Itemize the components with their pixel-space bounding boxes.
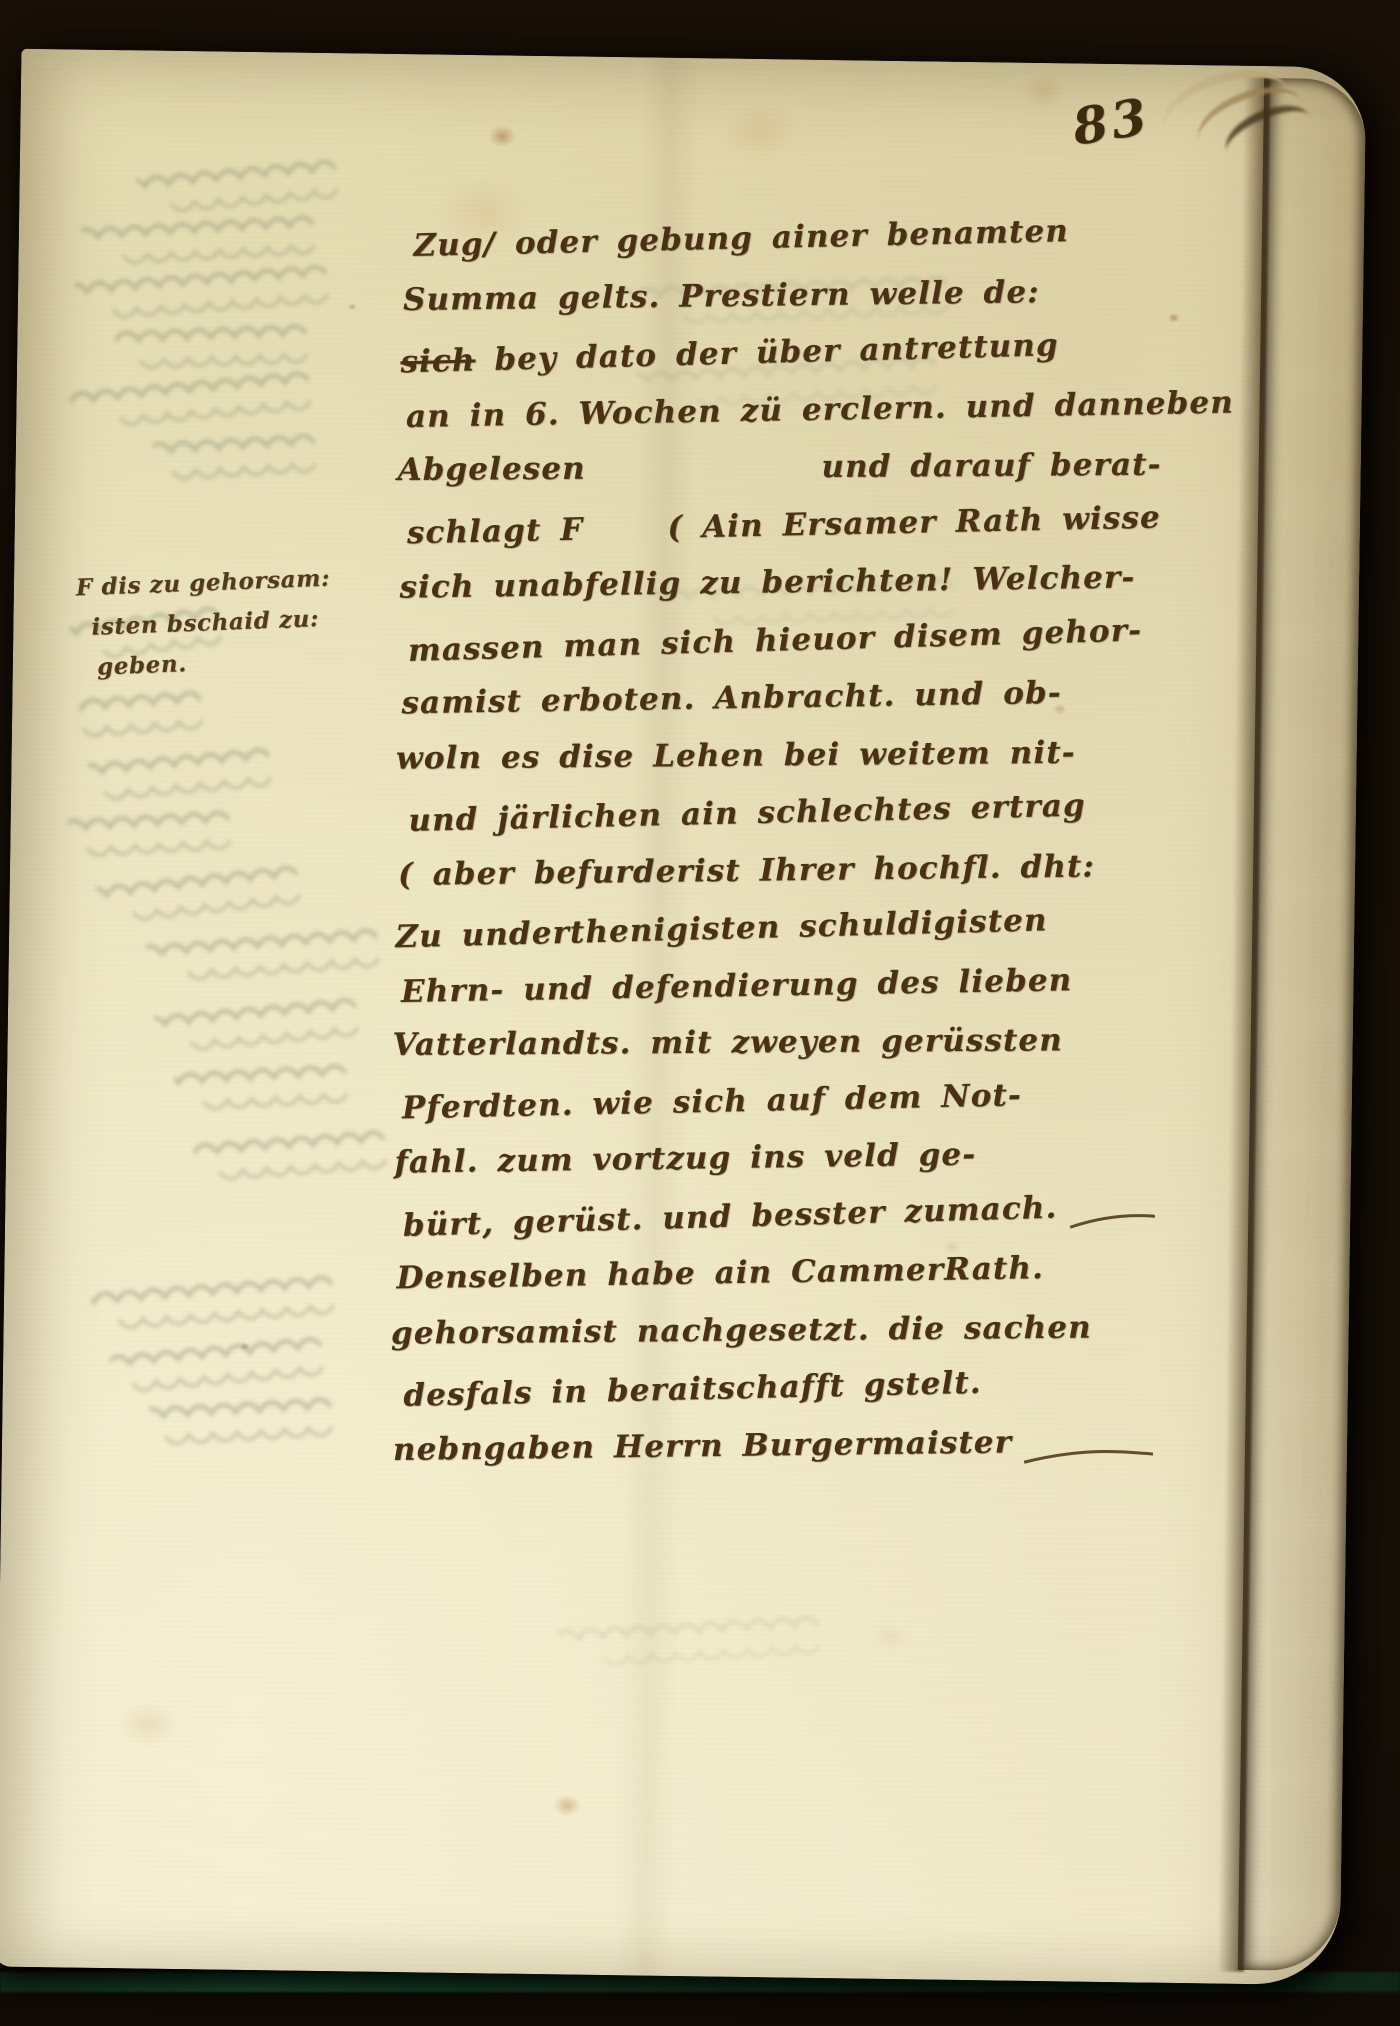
bleed-through-text	[67, 806, 232, 865]
manuscript-line-text: Vatterlandts. mit zweyen gerüssten	[392, 1022, 1063, 1063]
bleed-through-text	[152, 429, 317, 488]
foxing-spot	[488, 125, 516, 148]
bleed-through-text	[109, 1332, 325, 1401]
manuscript-line: Abgelesenund darauf berat-	[397, 447, 1161, 510]
bleed-through-text	[82, 211, 316, 274]
bleed-through-text	[192, 1126, 387, 1190]
bleed-through-text	[154, 993, 360, 1061]
bleed-through-text	[149, 1393, 334, 1453]
manuscript-line: Vatterlandts. mit zweyen gerüssten	[392, 1022, 1156, 1085]
margin-note: F dis zu gehorsam:isten bschaid zu:geben…	[75, 558, 339, 688]
bleed-through-text	[558, 1611, 820, 1675]
manuscript-line-text: Pferdten. wie sich auf dem Not-	[402, 1077, 1023, 1126]
bleed-through-text	[87, 743, 273, 809]
scanned-manuscript: 83 F dis zu gehorsam:isten bschaid zu:ge…	[0, 0, 1400, 2026]
manuscript-line-text: sich	[400, 342, 476, 380]
bleed-through-text	[114, 320, 308, 377]
bleed-through-text	[78, 686, 203, 745]
foxing-spot	[116, 1698, 181, 1750]
pen-flourish	[1067, 1206, 1155, 1232]
foxing-spot	[1168, 313, 1180, 323]
manuscript-line: Denselben habe ain CammerRath.	[396, 1248, 1155, 1317]
manuscript-line-text: woln es dise Lehen bei weitem nit-	[396, 734, 1076, 776]
foxing-spot	[348, 303, 357, 310]
bleed-through-text	[90, 1271, 335, 1339]
manuscript-line-text: Zug/ oder gebung ainer benamten	[413, 213, 1069, 264]
manuscript-line-text: schlagt F	[407, 511, 584, 551]
bleed-through-text	[96, 860, 302, 932]
manuscript-line-text: gehorsamist nachgesetzt. die sachen	[391, 1309, 1092, 1351]
foxing-spot	[1021, 73, 1068, 110]
foxing-spot	[869, 1621, 909, 1654]
manuscript-line: samist erboten. Anbracht. und ob-	[401, 673, 1160, 742]
manuscript-text-block: Zug/ oder gebung ainer benamtenSumma gel…	[393, 216, 1164, 1488]
manuscript-line: nebngaben Herrn Burgermaister	[393, 1422, 1154, 1489]
foxing-spot	[553, 1794, 581, 1817]
bleed-through-text	[69, 366, 313, 438]
bleed-through-text	[136, 155, 340, 223]
bleed-through-writing	[21, 49, 1366, 68]
manuscript-line-text: nebngaben Herrn Burgermaister	[393, 1424, 1013, 1468]
manuscript-line-text: Abgelesen	[397, 451, 585, 488]
pen-flourish	[1022, 1442, 1153, 1468]
foxing-spot	[720, 98, 801, 163]
manuscript-line-text: fahl. zum vortzug ins veld ge-	[394, 1137, 976, 1181]
bleed-through-text	[174, 1059, 349, 1119]
margin-note-line: geben.	[96, 638, 339, 687]
bleed-through-text	[75, 260, 330, 328]
foxing-spot	[239, 1342, 250, 1351]
foxing-spots	[21, 49, 1366, 68]
manuscript-line-text: und darauf berat-	[821, 447, 1161, 485]
manuscript-line-text: Summa gelts. Prestiern welle de:	[403, 274, 1040, 318]
page-number: 83	[1068, 86, 1154, 157]
book-page: 83 F dis zu gehorsam:isten bschaid zu:ge…	[0, 49, 1366, 1986]
bleed-through-text	[145, 924, 380, 991]
